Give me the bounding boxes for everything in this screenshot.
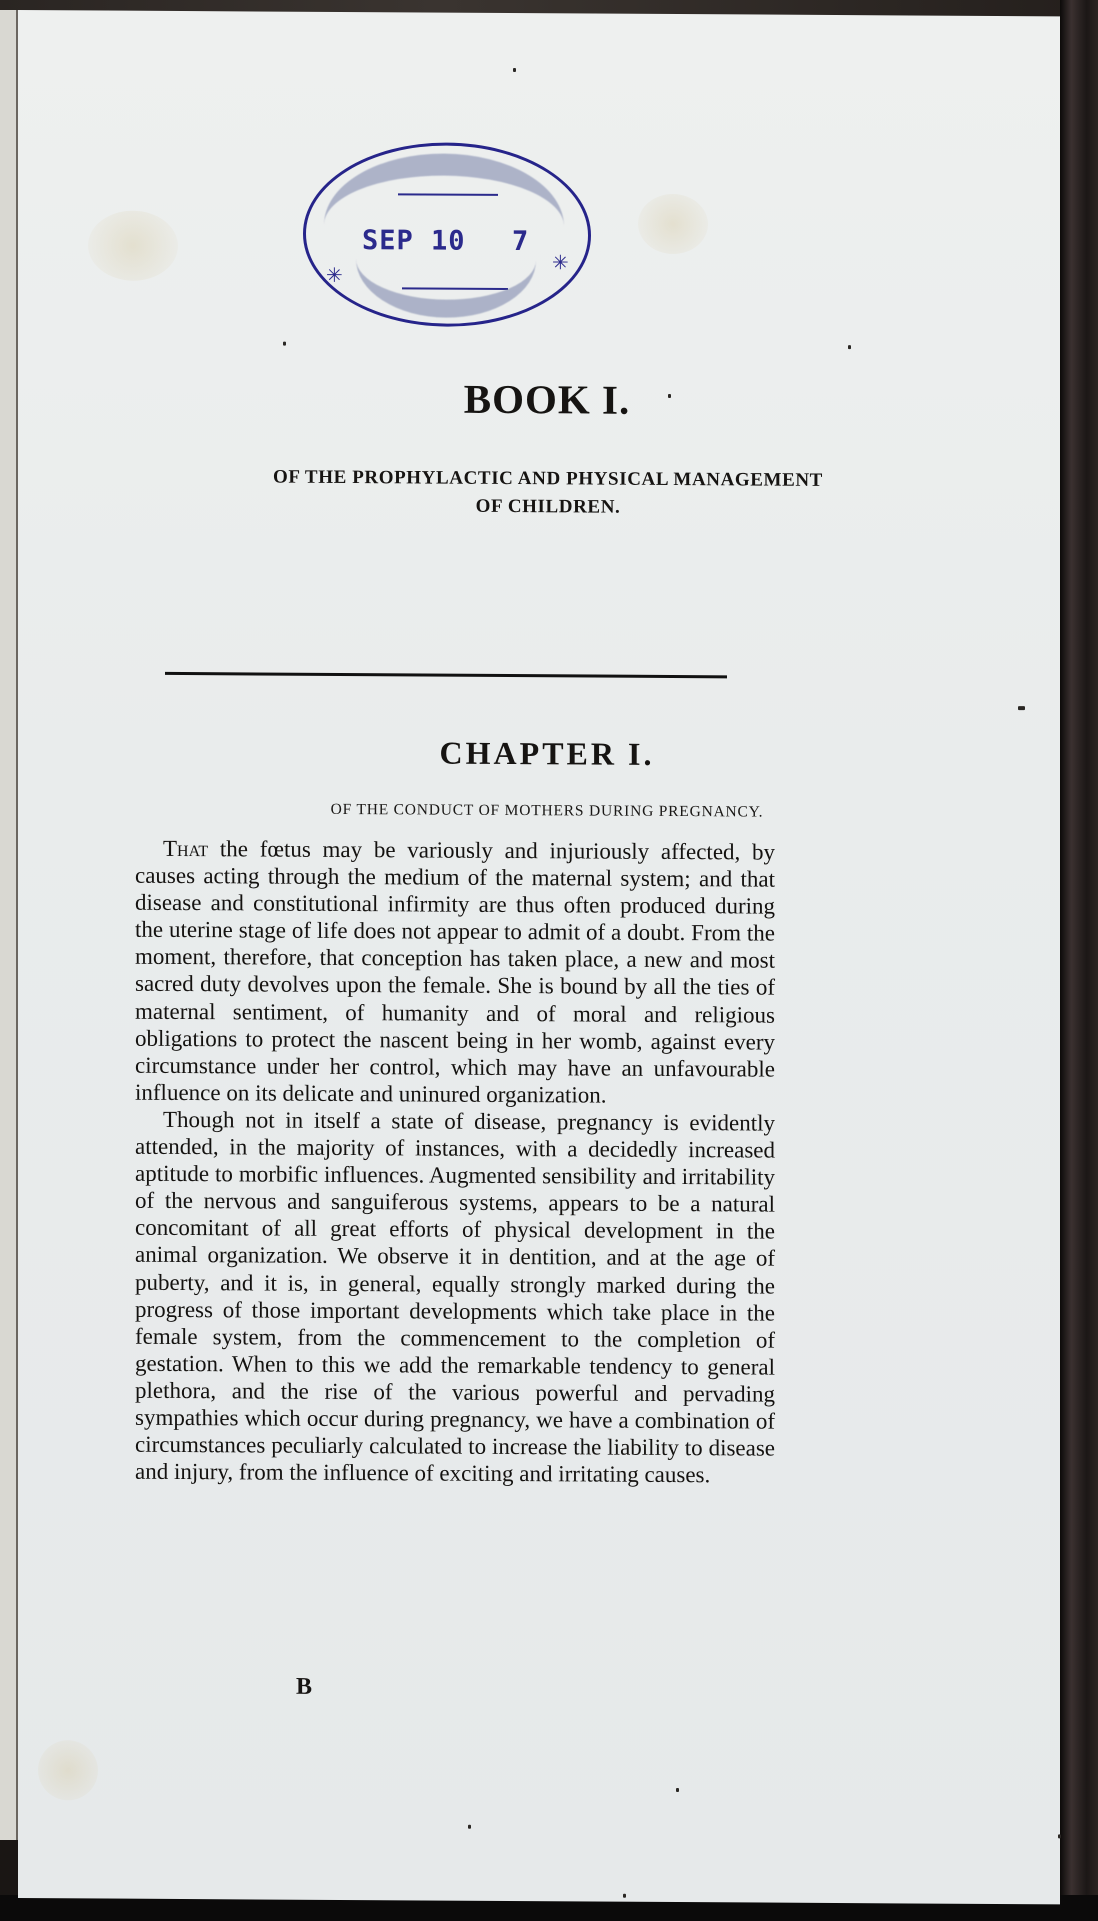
book-page: SEP 10 7 ✳ ✳ BOOK I. OF THE PROPHYLACTIC…: [18, 10, 1060, 1904]
paper-speck: [468, 1825, 471, 1829]
paragraph-lead-word: That: [163, 836, 208, 861]
paper-speck: [668, 394, 671, 398]
paper-speck: [848, 345, 851, 349]
book-subtitle-line: OF CHILDREN.: [128, 491, 968, 524]
paragraph-text: Though not in itself a state of disease,…: [135, 1107, 775, 1488]
chapter-title: CHAPTER I.: [18, 732, 1076, 775]
paper-speck: [513, 68, 516, 72]
paper-speck: [283, 342, 286, 346]
paragraph: Though not in itself a state of disease,…: [135, 1106, 775, 1489]
chapter-subtitle: OF THE CONDUCT OF MOTHERS DURING PREGNAN…: [18, 799, 1076, 823]
stamp-arc-text-bottom: [356, 259, 536, 318]
book-title: BOOK I.: [18, 372, 1076, 426]
stamp-number: 7: [512, 226, 528, 257]
library-stamp: SEP 10 7 ✳ ✳: [303, 142, 591, 328]
chapter-body: That the fœtus may be variously and inju…: [135, 835, 775, 1489]
paper-speck: [1058, 1834, 1061, 1838]
paper-stain: [638, 194, 708, 254]
previous-page-edge: [0, 10, 18, 1840]
section-divider: [165, 672, 727, 678]
book-binding-edge: [1060, 0, 1098, 1921]
paper-stain: [38, 1740, 98, 1800]
paper-speck: [623, 1894, 626, 1898]
paragraph: That the fœtus may be variously and inju…: [135, 835, 775, 1110]
paper-speck: [676, 1788, 679, 1792]
stamp-date: SEP 10: [362, 225, 466, 257]
paragraph-text: the fœtus may be variously and injurious…: [135, 836, 775, 1107]
star-icon: ✳: [326, 263, 343, 288]
paper-stain: [88, 210, 178, 281]
star-icon: ✳: [552, 250, 569, 275]
stamp-arc-text-top: [324, 153, 564, 226]
book-subtitle: OF THE PROPHYLACTIC AND PHYSICAL MANAGEM…: [128, 463, 968, 524]
signature-mark: B: [296, 1674, 312, 1701]
paper-speck: [1018, 706, 1025, 710]
